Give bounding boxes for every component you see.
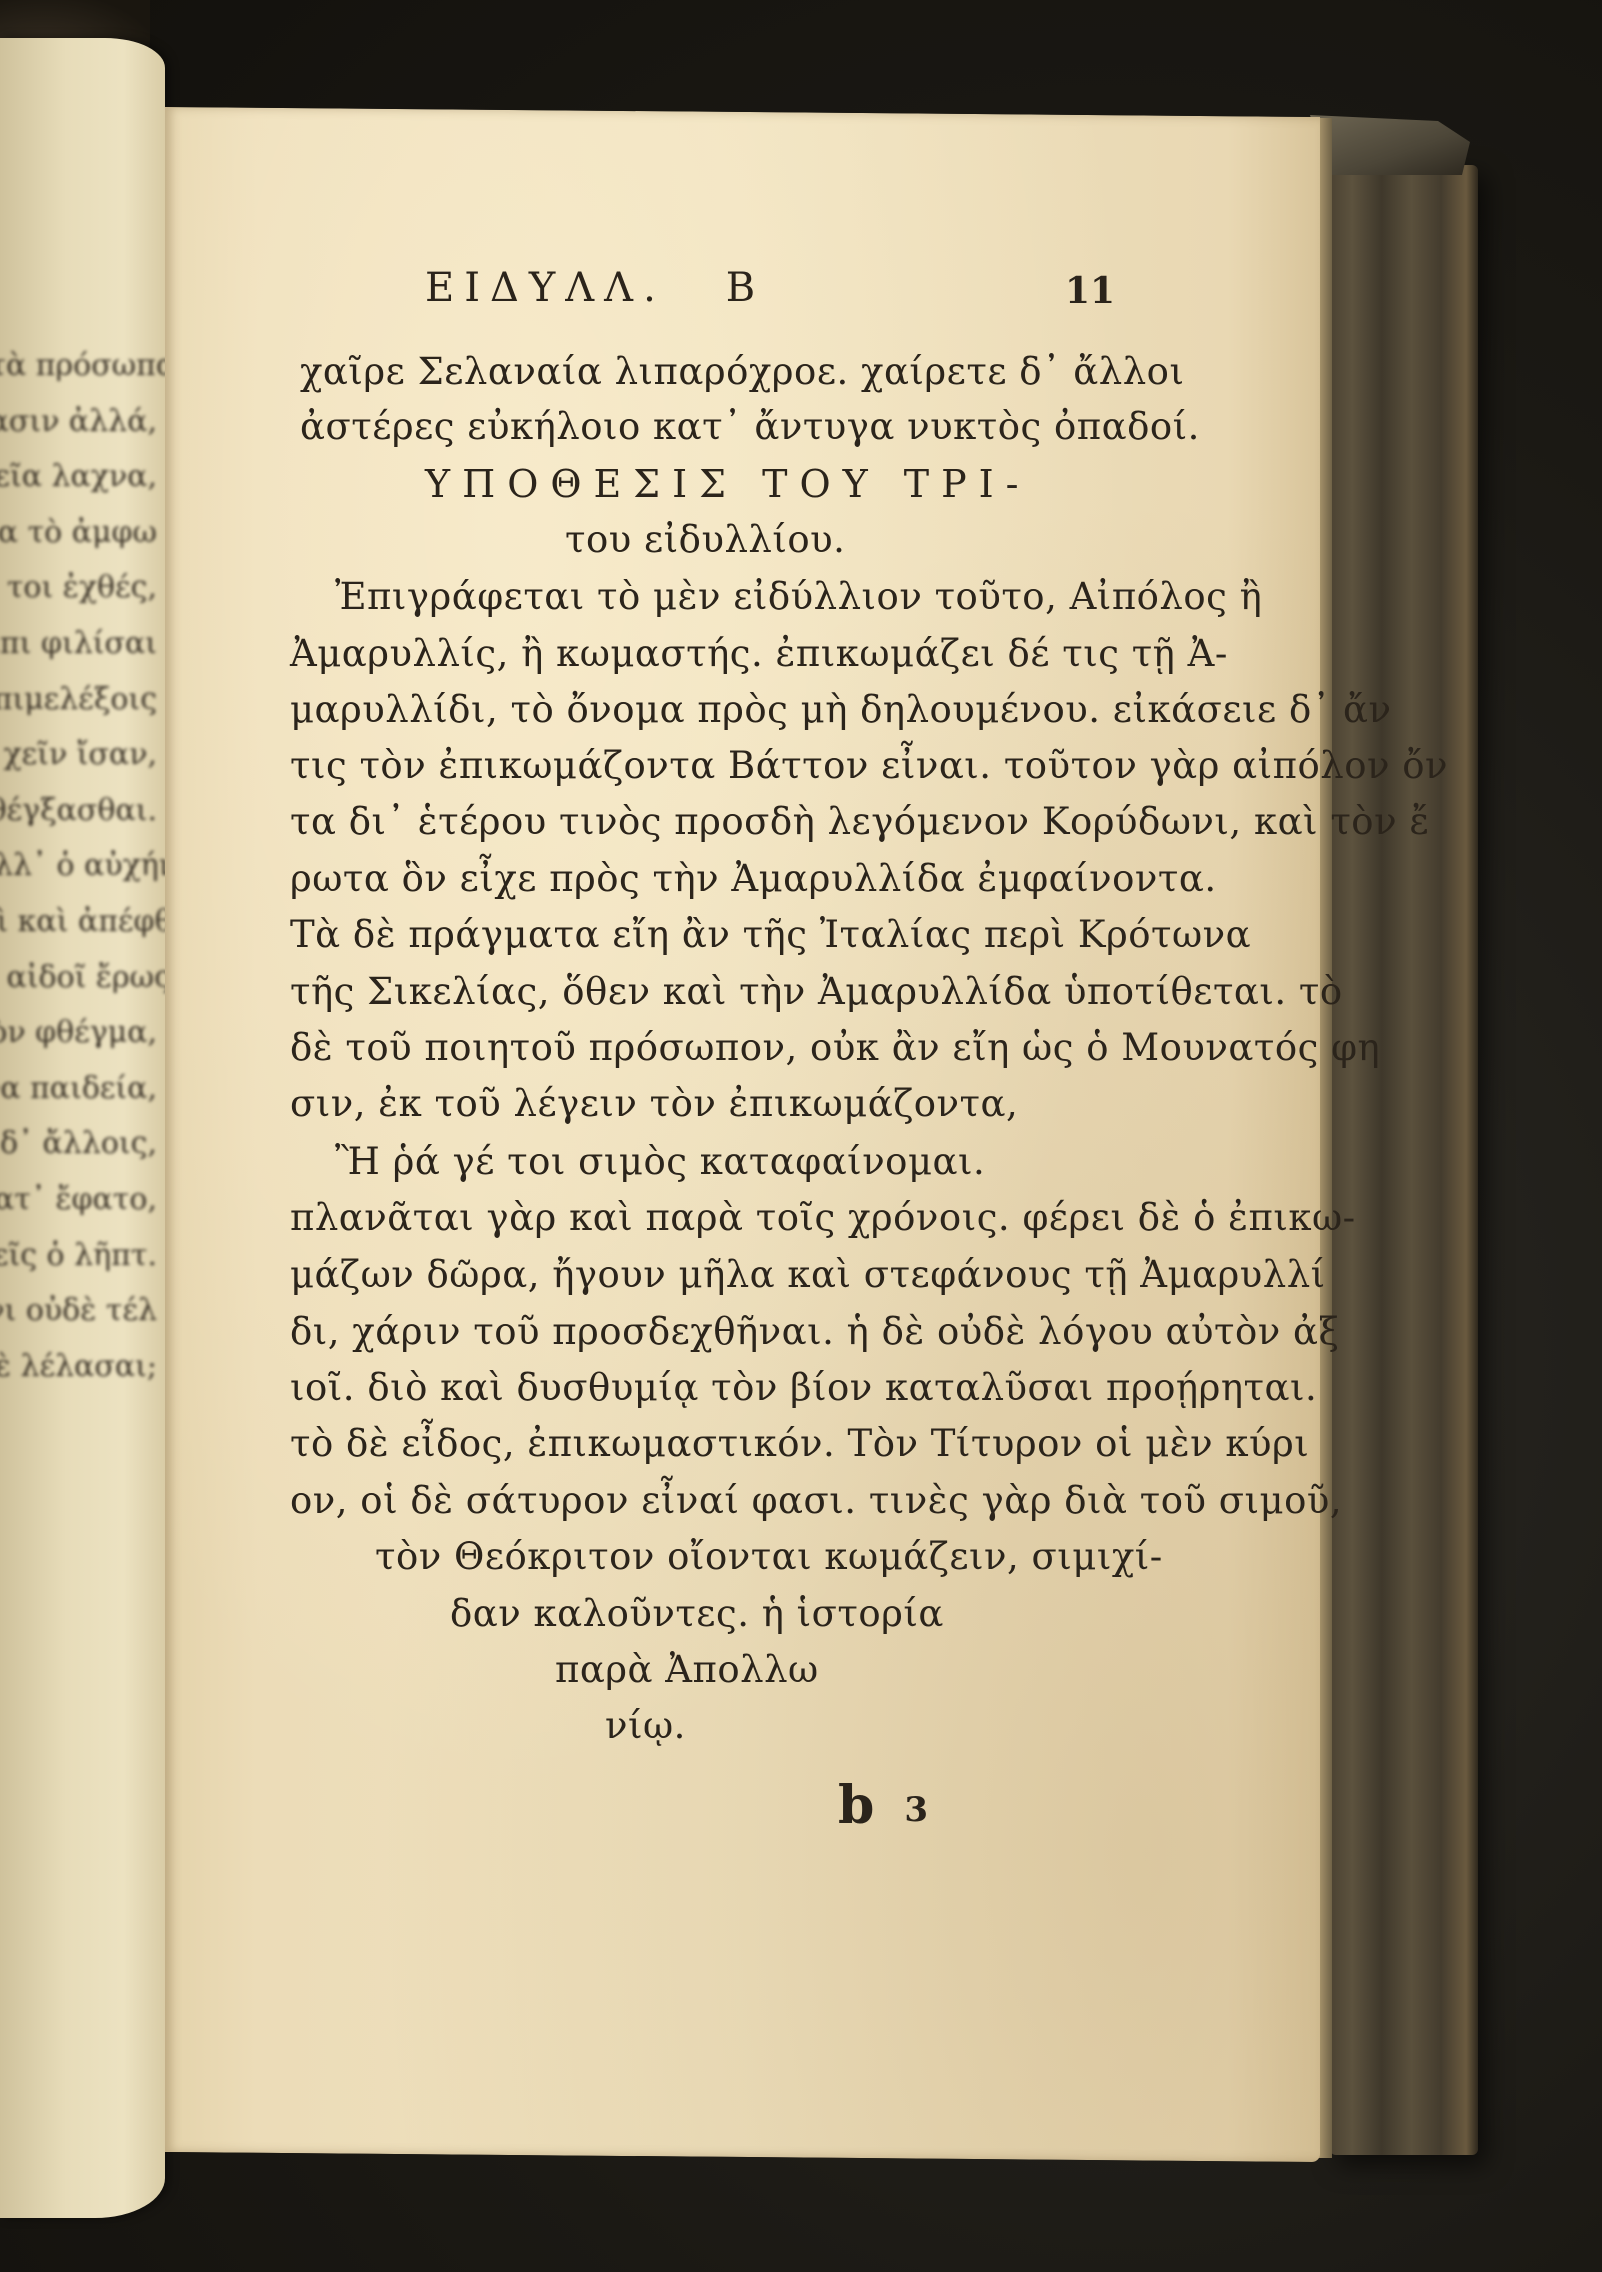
- facing-line: ...θας, ἀπτὶ καὶ ἀπέφθι,: [0, 894, 157, 950]
- paragraph-line: πλανᾶται γὰρ καὶ παρὰ τοῖς χρόνοις. φέρε…: [290, 1196, 1356, 1239]
- signature-mark: b3: [838, 1775, 928, 1836]
- facing-line: ...εἰλήφασιν ἀλλά,: [0, 394, 157, 450]
- paragraph-line: τα δι᾽ ἑτέρου τινὸς προσδὴ λεγόμενον Κορ…: [290, 800, 1430, 843]
- facing-line: ...ἔπι φιλίσαι: [0, 616, 157, 672]
- paragraph-line: νίῳ.: [605, 1704, 686, 1747]
- verse-line: ἀστέρες εὐκήλοιο κατ᾽ ἄντυγα νυκτὸς ὀπαδ…: [300, 405, 1200, 448]
- quotation-line: Ἢ ῥά γέ τοι σιμὸς καταφαίνομαι.: [335, 1140, 985, 1183]
- facing-line: ...κε σημεῖα λαχνα,: [0, 449, 157, 505]
- paragraph-line: δαν καλοῦντες. ἡ ἱστορία: [450, 1592, 944, 1635]
- running-head-book: Β: [726, 265, 765, 311]
- paragraph-line: μαρυλλίδι, τὸ ὄνομα πρὸς μὴ δηλουμένου. …: [290, 688, 1391, 731]
- paragraph-line: ρωτα ὃν εἶχε πρὸς τὴν Ἀμαρυλλίδα ἐμφαίνο…: [290, 857, 1217, 900]
- facing-line: ...εἰ ἔγε χεῖν ἴσαν,: [0, 727, 157, 783]
- paragraph-line: δὲ τοῦ ποιητοῦ πρόσωπον, οὐκ ἂν εἴη ὡς ὁ…: [290, 1026, 1380, 1069]
- paragraph-line: δι, χάριν τοῦ προσδεχθῆναι. ἡ δὲ οὐδὲ λό…: [290, 1310, 1339, 1353]
- facing-line: ...ατ᾽ ἔφατο,: [0, 1172, 157, 1228]
- paragraph-line: ον, οἱ δὲ σάτυρον εἶναί φασι. τινὲς γὰρ …: [290, 1479, 1342, 1522]
- signature-number: 3: [904, 1790, 928, 1830]
- paragraph-line: Ἀμαρυλλίς, ἢ κωμαστής. ἐπικωμάζει δέ τις…: [290, 632, 1228, 675]
- facing-line: ...χρυσὸν φθέγμα,: [0, 1005, 157, 1061]
- facing-line: ...μέσφα τοι ἐχθές,: [0, 560, 157, 616]
- facing-page-text: ...ρον καὶ τὰ πρόσωπα ...εἰλήφασιν ἀλλά,…: [0, 338, 157, 1394]
- section-heading-cont: του εἰδυλλίου.: [565, 518, 845, 561]
- facing-line: ...καὶ σῆμα τὸ ἀμφω: [0, 505, 157, 561]
- facing-line: ...φθέγξασθαι.: [0, 783, 157, 839]
- verse-line: χαῖρε Σελαναία λιπαρόχροε. χαίρετε δ᾽ ἄλ…: [300, 350, 1184, 393]
- book-binding: [1330, 165, 1478, 2155]
- folio-number: 11: [1065, 270, 1115, 312]
- paragraph-line: σιν, ἐκ τοῦ λέγειν τὸν ἐπικωμάζοντα,: [290, 1082, 1018, 1125]
- paragraph-line: τὸ δὲ εἶδος, ἐπικωμαστικόν. Τὸν Τίτυρον …: [290, 1422, 1309, 1465]
- facing-line: ...ἐπιμελέξοις: [0, 672, 157, 728]
- facing-line: ...ρον καὶ τὰ πρόσωπα: [0, 338, 157, 394]
- paragraph-line: τις τὸν ἐπικωμάζοντα Βάττον εἶναι. τοῦτο…: [290, 744, 1448, 787]
- facing-page-verso: ...ρον καὶ τὰ πρόσωπα ...εἰλήφασιν ἀλλά,…: [0, 38, 165, 2218]
- facing-line: ...λαλεῖς ὁ λῆπτ.: [0, 1228, 157, 1284]
- paragraph-line: μάζων δῶρα, ἤγουν μῆλα καὶ στεφάνους τῇ …: [290, 1253, 1326, 1296]
- paragraph-line: παρὰ Ἀπολλω: [555, 1648, 819, 1691]
- section-heading: ΥΠΟΘΕΣΙΣ ΤΟΥ ΤΡΙ-: [425, 462, 1031, 506]
- facing-line: ...τίνα παιδεία,: [0, 1061, 157, 1117]
- facing-line: ...τίνι οὐδὲ τέλ: [0, 1283, 157, 1339]
- facing-line: ...δὲ λέλασαι;: [0, 1339, 157, 1395]
- paragraph-line: τὸν Θεόκριτον οἴονται κωμάζειν, σιμιχί-: [375, 1535, 1163, 1578]
- facing-line: ...ς τίς σοι αἰδοῖ ἔρως: [0, 950, 157, 1006]
- signature-letter: b: [838, 1775, 874, 1836]
- paragraph-line: Τὰ δὲ πράγματα εἴη ἂν τῆς Ἰταλίας περὶ Κ…: [290, 913, 1251, 956]
- paragraph-line: τῆς Σικελίας, ὅθεν καὶ τὴν Ἀμαρυλλίδα ὑπ…: [290, 970, 1343, 1013]
- facing-line: ...ὅρα δ᾽ ἀλλ᾽ ὁ αὐχήν,: [0, 838, 157, 894]
- facing-line: ...δ᾽ ἄλλοις,: [0, 1116, 157, 1172]
- running-head-title: ΕΙΔΥΛΛ.: [425, 265, 666, 311]
- paragraph-line: ιοῖ. διὸ καὶ δυσθυμίᾳ τὸν βίον καταλῦσαι…: [290, 1366, 1317, 1409]
- paragraph-line: Ἐπιγράφεται τὸ μὲν εἰδύλλιον τοῦτο, Αἰπό…: [335, 575, 1262, 618]
- running-head: ΕΙΔΥΛΛ.Β: [425, 265, 765, 311]
